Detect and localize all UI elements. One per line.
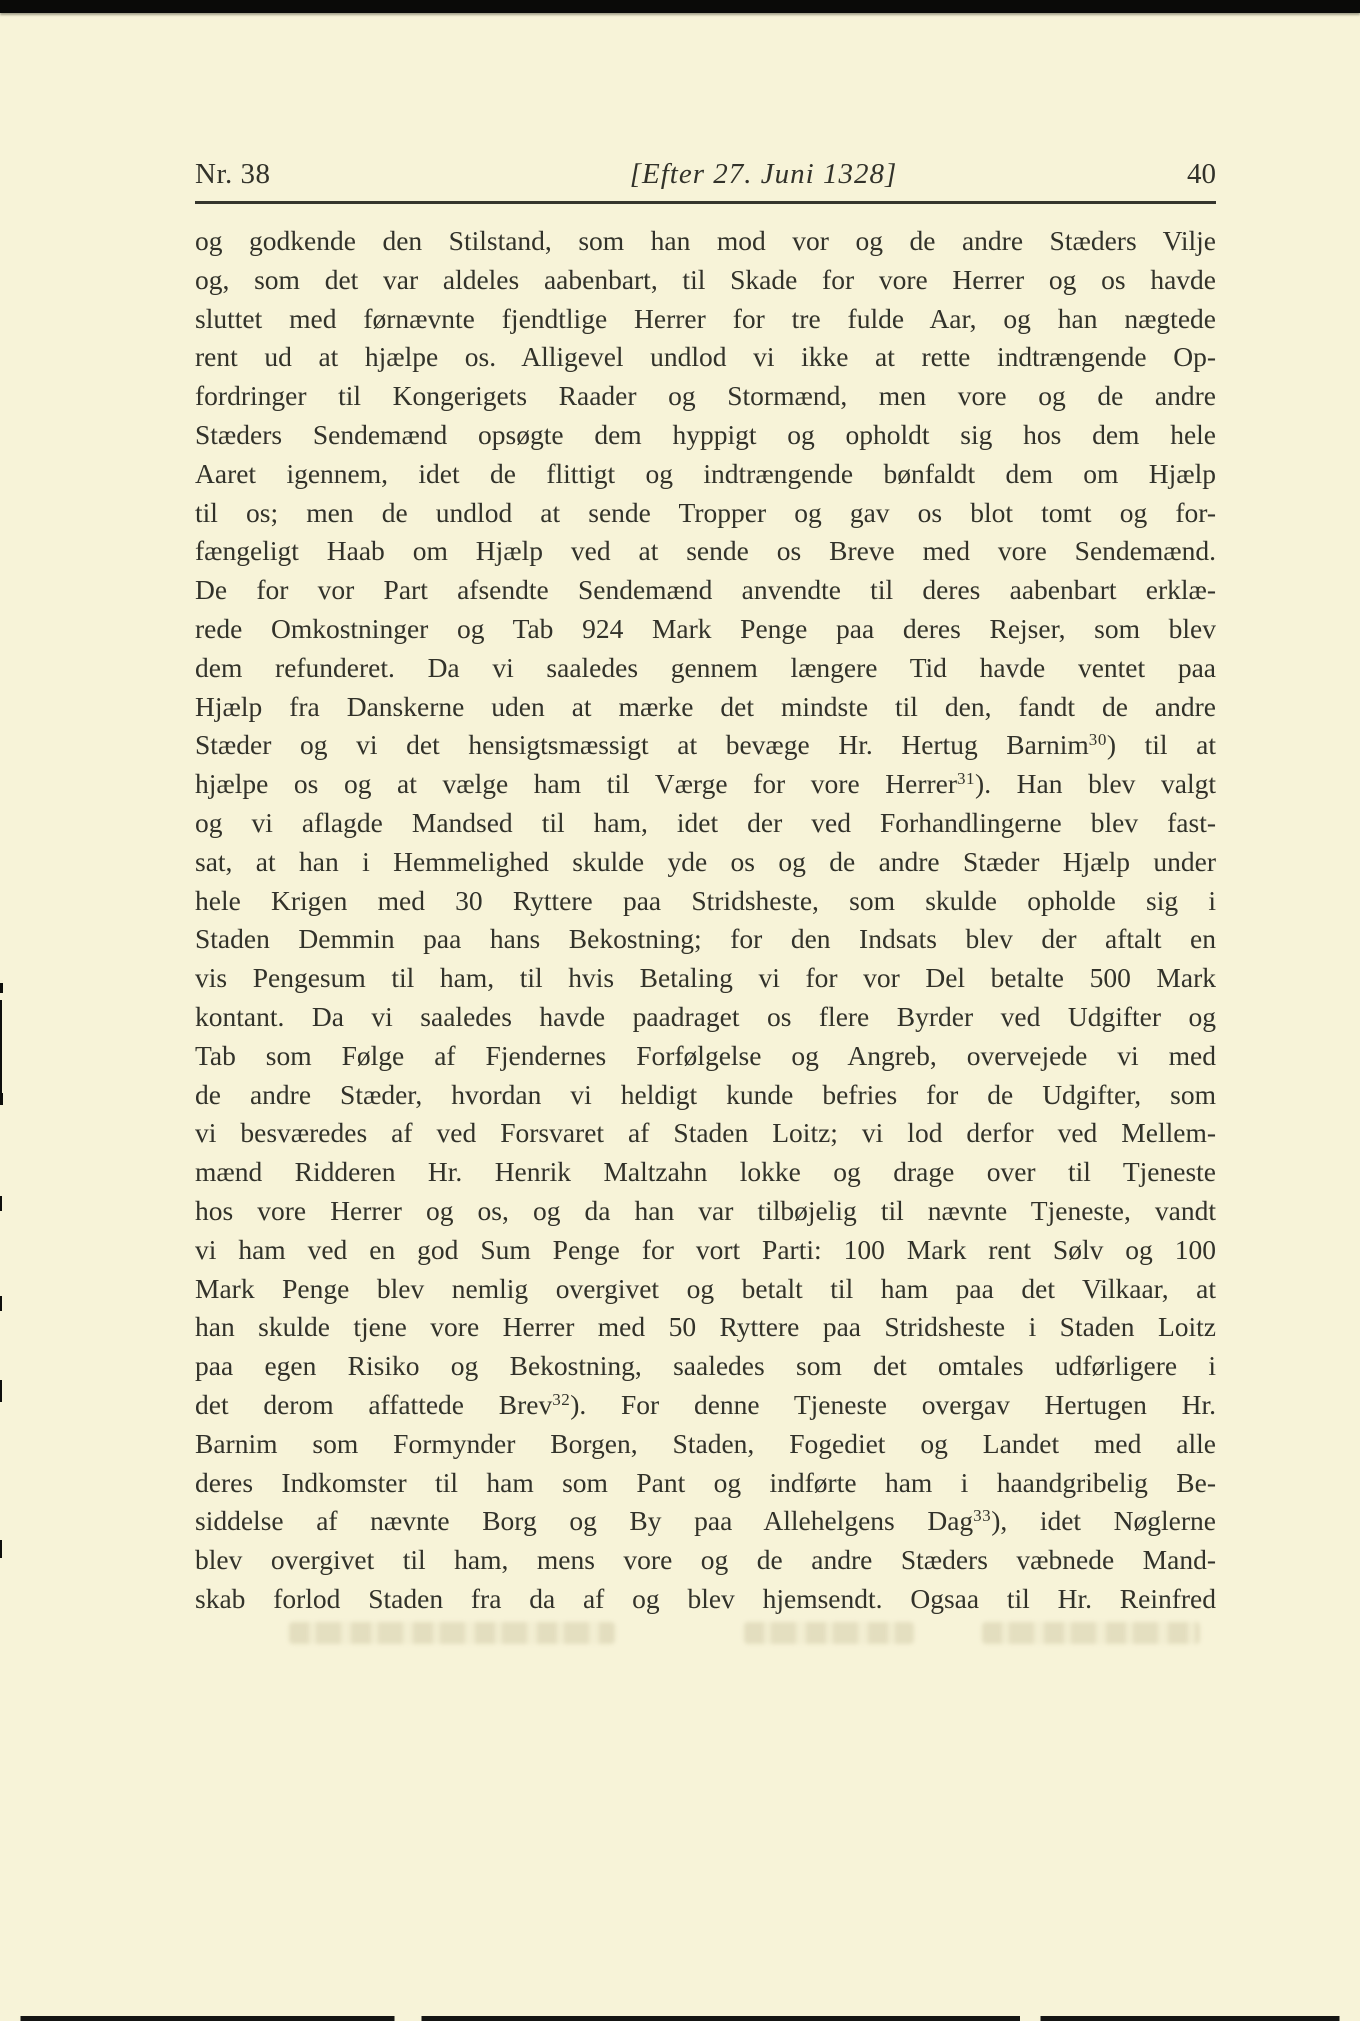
- text-line: hele Krigen med 30 Ryttere paa Stridshes…: [195, 882, 1216, 921]
- text-line: skab forlod Staden fra da af og blev hje…: [195, 1580, 1216, 1619]
- footnote-ref: 33: [973, 1506, 991, 1525]
- text-line: blev overgivet til ham, mens vore og de …: [195, 1541, 1216, 1580]
- text-line: hjælpe os og at vælge ham til Værge for …: [195, 765, 1216, 804]
- text-line: De for vor Part afsendte Sendemænd anven…: [195, 571, 1216, 610]
- text-line: siddelse af nævnte Borg og By paa Allehe…: [195, 1502, 1216, 1541]
- text-line: og vi aflagde Mandsed til ham, idet der …: [195, 804, 1216, 843]
- text-line: sat, at han i Hemmelighed skulde yde os …: [195, 843, 1216, 882]
- running-date-heading: [Efter 27. Juni 1328]: [253, 158, 1274, 191]
- text-line: vis Pengesum til ham, til hvis Betaling …: [195, 959, 1216, 998]
- footnote-ref: 32: [552, 1390, 570, 1409]
- text-line: de andre Stæder, hvordan vi heldigt kund…: [195, 1076, 1216, 1115]
- text-line: det derom affattede Brev32). For denne T…: [195, 1386, 1216, 1425]
- scan-edge-mark: [0, 983, 3, 993]
- text-line: fordringer til Kongerigets Raader og Sto…: [195, 377, 1216, 416]
- page-header: Nr. 38 [Efter 27. Juni 1328] 40: [195, 158, 1216, 198]
- text-line: Aaret igennem, idet de flittigt og indtr…: [195, 455, 1216, 494]
- header-rule: [195, 201, 1216, 204]
- text-line: Mark Penge blev nemlig overgivet og beta…: [195, 1270, 1216, 1309]
- body-text: og godkende den Stilstand, som han mod v…: [195, 222, 1216, 1619]
- ink-bleed-smudge: [289, 1622, 615, 1644]
- footnote-ref: 31: [957, 769, 975, 788]
- scan-edge-mark: [0, 1093, 3, 1105]
- text-line: dem refunderet. Da vi saaledes gennem læ…: [195, 649, 1216, 688]
- scan-edge-mark: [0, 1000, 2, 1093]
- text-line: mænd Ridderen Hr. Henrik Maltzahn lokke …: [195, 1153, 1216, 1192]
- scan-edge-top: [0, 0, 1360, 13]
- scan-edge-mark: [0, 1196, 2, 1211]
- text-line: fængeligt Haab om Hjælp ved at sende os …: [195, 532, 1216, 571]
- text-line: Stæders Sendemænd opsøgte dem hyppigt og…: [195, 416, 1216, 455]
- text-line: kontant. Da vi saaledes havde paadraget …: [195, 998, 1216, 1037]
- text-line: hos vore Herrer og os, og da han var til…: [195, 1192, 1216, 1231]
- text-line: paa egen Risiko og Bekostning, saaledes …: [195, 1347, 1216, 1386]
- ink-bleed-smudge: [744, 1622, 914, 1644]
- text-line: Barnim som Formynder Borgen, Staden, Fog…: [195, 1425, 1216, 1464]
- scanned-book-page: Nr. 38 [Efter 27. Juni 1328] 40 og godke…: [0, 0, 1360, 2021]
- scan-edge-bottom: [0, 2016, 1360, 2021]
- text-line: vi besværedes af ved Forsvaret af Staden…: [195, 1114, 1216, 1153]
- footnote-ref: 30: [1089, 730, 1107, 749]
- text-line: Stæder og vi det hensigtsmæssigt at bevæ…: [195, 726, 1216, 765]
- scan-edge-mark: [0, 1540, 2, 1558]
- text-line: han skulde tjene vore Herrer med 50 Rytt…: [195, 1308, 1216, 1347]
- text-line: Staden Demmin paa hans Bekostning; for d…: [195, 920, 1216, 959]
- text-line: til os; men de undlod at sende Tropper o…: [195, 494, 1216, 533]
- text-line: rede Omkostninger og Tab 924 Mark Penge …: [195, 610, 1216, 649]
- text-line: og, som det var aldeles aabenbart, til S…: [195, 261, 1216, 300]
- text-line: Tab som Følge af Fjendernes Forfølgelse …: [195, 1037, 1216, 1076]
- text-line: deres Indkomster til ham som Pant og ind…: [195, 1464, 1216, 1503]
- text-line: sluttet med førnævnte fjendtlige Herrer …: [195, 300, 1216, 339]
- ink-bleed-smudge: [982, 1622, 1200, 1644]
- scan-edge-mark: [0, 1380, 2, 1402]
- text-line: og godkende den Stilstand, som han mod v…: [195, 222, 1216, 261]
- page-number: 40: [1187, 158, 1216, 191]
- text-line: rent ud at hjælpe os. Alligevel undlod v…: [195, 338, 1216, 377]
- scan-edge-mark: [0, 1296, 2, 1311]
- text-line: Hjælp fra Danskerne uden at mærke det mi…: [195, 688, 1216, 727]
- text-line: vi ham ved en god Sum Penge for vort Par…: [195, 1231, 1216, 1270]
